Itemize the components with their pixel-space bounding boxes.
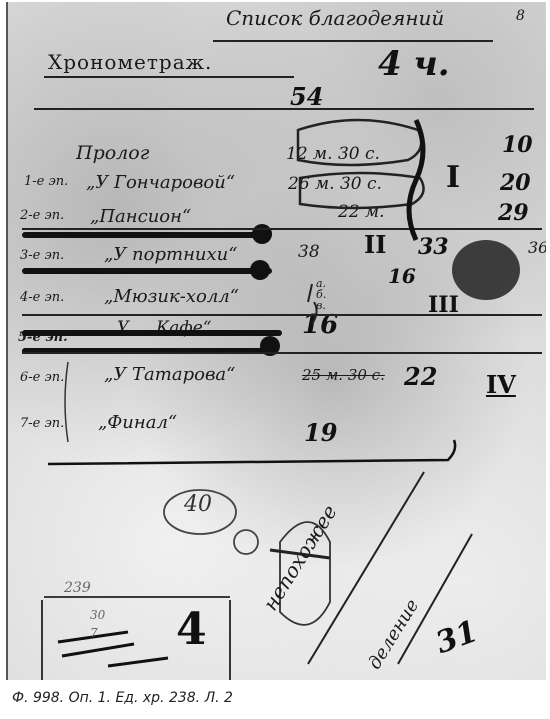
archive-caption: Ф. 998. Оп. 1. Ед. хр. 238. Л. 2 bbox=[12, 690, 233, 706]
sketch-number-2: 30 bbox=[90, 608, 105, 622]
sketch-circle-label: 40 bbox=[184, 492, 212, 517]
sketch-box-numeral: 4 bbox=[176, 604, 207, 655]
manuscript-scan: Список благодеяний 8 Хронометраж. 4 ч. 5… bbox=[6, 2, 546, 680]
sketch-number-3: 7 bbox=[90, 626, 98, 640]
sketch-number-1: 239 bbox=[64, 580, 91, 596]
